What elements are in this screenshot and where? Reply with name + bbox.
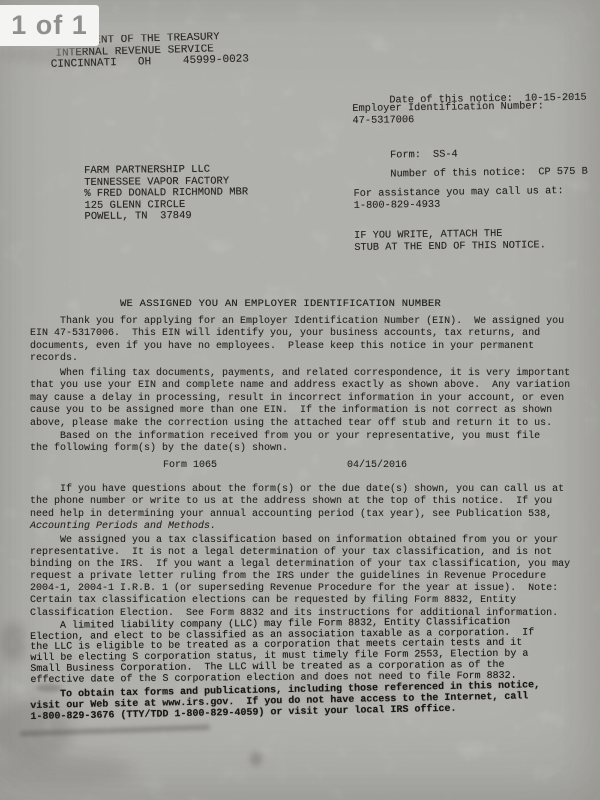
text-line: If you have questions about the form(s) … (30, 484, 592, 496)
assistance-label: For assistance you may call us at: (353, 185, 563, 200)
text-line: Certain tax classification elections can… (30, 595, 592, 607)
scanned-irs-notice-page: DEPARTMENT OF THE TREASURY INTERNAL REVE… (0, 0, 600, 800)
scan-smudge (0, 755, 134, 785)
required-form-due-date: 04/15/2016 (347, 460, 407, 471)
paragraph-thank-you: Thank you for applying for an Employer I… (30, 316, 592, 366)
text-line: above, please make the correction using … (30, 418, 592, 430)
text-line: the phone number or write to us at the a… (30, 496, 592, 508)
paragraph-questions: If you have questions about the form(s) … (30, 484, 592, 534)
text-line: need help in determining your annual acc… (30, 509, 592, 521)
scan-smudge (0, 622, 26, 662)
text-line: Based on the information received from y… (30, 431, 592, 443)
notice-heading: WE ASSIGNED YOU AN EMPLOYER IDENTIFICATI… (120, 298, 441, 310)
write-attach-note: IF YOU WRITE, ATTACH THESTUB AT THE END … (354, 227, 546, 254)
scan-smudge (250, 752, 262, 766)
notice-number-label: Number of this notice: (390, 167, 526, 181)
text-line: records. (30, 353, 592, 365)
text-line: We assigned you a tax classification bas… (30, 535, 592, 547)
text-line: that you use your EIN and complete name … (30, 380, 592, 392)
text-line: POWELL, TN 37849 (84, 211, 248, 224)
text-line: cause you to be assigned more than one E… (30, 405, 592, 417)
text-line: When filing tax documents, payments, and… (30, 368, 592, 380)
page-count-badge: 1 of 1 (0, 5, 99, 46)
assistance-phone: 1-800-829-4933 (354, 199, 441, 212)
text-line: the following form(s) by the date(s) sho… (30, 443, 592, 455)
scan-smudge (20, 725, 210, 737)
text-line: representative. It is not a legal determ… (30, 547, 592, 559)
paragraph-obtain-forms: To obtain tax forms and publications, in… (30, 680, 593, 724)
text-line: 2004-1, 2004-1 I.R.B. 1 (or superseding … (30, 583, 592, 595)
text-line: EIN 47-5317006. This EIN will identify y… (30, 328, 592, 340)
text-line: Accounting Periods and Methods. (30, 521, 592, 533)
required-form-name: Form 1065 (163, 460, 217, 471)
notice-info-block: Date of this notice:10-15-2015 Employer … (352, 80, 600, 263)
text-line: documents, even if you have no employees… (30, 341, 592, 353)
paragraph-must-file: Based on the information received from y… (30, 431, 592, 456)
paragraph-tax-classification: We assigned you a tax classification bas… (30, 535, 592, 620)
text-line: may cause a delay in processing, result … (30, 393, 592, 405)
text-line: request a private letter ruling from the… (30, 571, 592, 583)
text-line: binding on the IRS. If you want a legal … (30, 559, 592, 571)
text-line: Thank you for applying for an Employer I… (30, 316, 592, 328)
notice-number-value: CP 575 B (538, 166, 588, 179)
paragraph-filing-importance: When filing tax documents, payments, and… (30, 368, 592, 430)
ein-value: 47-5317006 (352, 114, 414, 127)
text-line: STUB AT THE END OF THIS NOTICE. (354, 239, 546, 254)
recipient-address-block: FARM PARTNERSHIP LLCTENNESSEE VAPOR FACT… (84, 164, 248, 224)
paragraph-llc-election: A limited liability company (LLC) may fi… (30, 617, 593, 686)
